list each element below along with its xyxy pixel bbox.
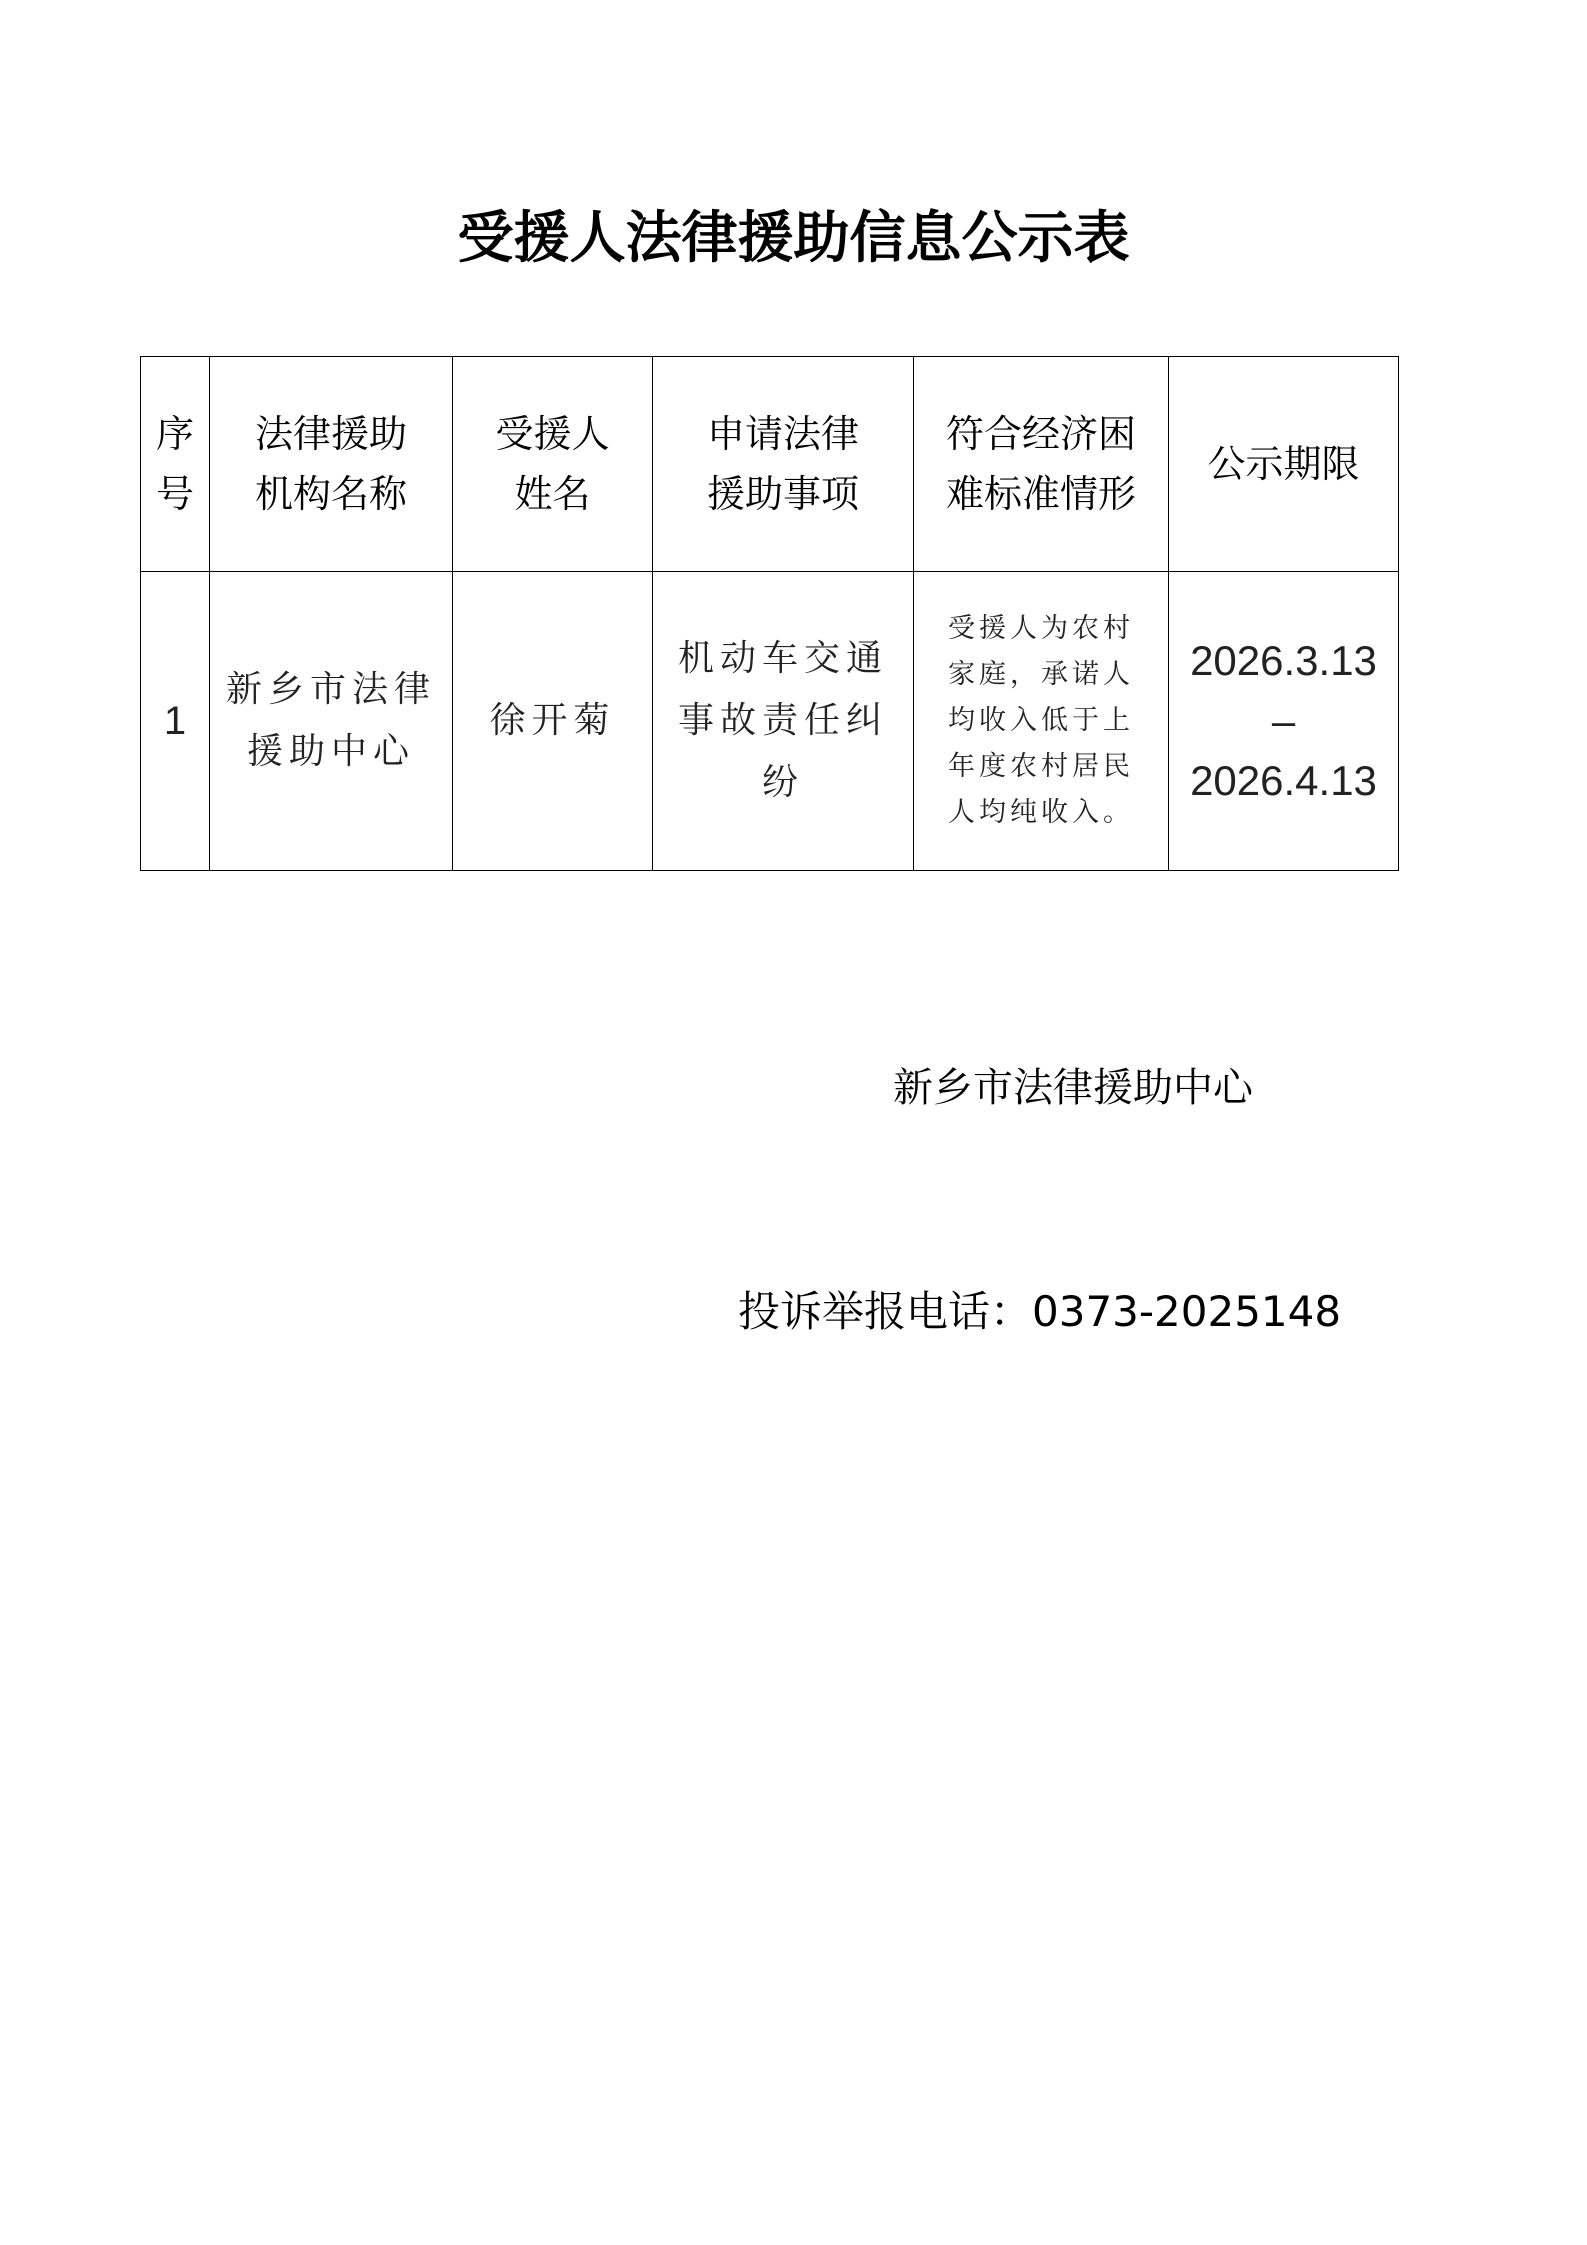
cell-hardship-text: 受援人为农村家庭，承诺人均收入低于上年度农村居民人均纯收入。 [941, 606, 1141, 836]
header-agency-line2: 机构名称 [210, 464, 452, 524]
cell-hardship: 受援人为农村家庭，承诺人均收入低于上年度农村居民人均纯收入。 [914, 572, 1169, 871]
cell-index: 1 [141, 572, 210, 871]
header-matter-line2: 援助事项 [653, 464, 913, 524]
header-row: 序 号 法律援助 机构名称 受援人 姓名 申请法律 援助事项 符合经济困 难标准… [141, 357, 1399, 572]
header-hardship-line2: 难标准情形 [914, 464, 1168, 524]
period-end: 2026.4.13 [1169, 751, 1398, 811]
header-recipient: 受援人 姓名 [453, 357, 653, 572]
period-start: 2026.3.13 [1169, 631, 1398, 691]
header-period: 公示期限 [1169, 357, 1399, 572]
issuing-organization: 新乡市法律援助中心 [893, 1058, 1253, 1118]
header-index-line2: 号 [141, 464, 209, 524]
cell-agency: 新乡市法律援助中心 [210, 572, 453, 871]
page-title: 受援人法律援助信息公示表 [0, 200, 1587, 276]
header-recipient-line2: 姓名 [453, 464, 652, 524]
header-agency: 法律援助 机构名称 [210, 357, 453, 572]
header-hardship-line1: 符合经济困 [914, 404, 1168, 464]
table-row: 1 新乡市法律援助中心 徐开菊 机动车交通事故责任纠纷 受援人为农村家庭，承诺人… [141, 572, 1399, 871]
header-recipient-line1: 受援人 [453, 404, 652, 464]
cell-matter: 机动车交通事故责任纠纷 [653, 572, 914, 871]
header-hardship: 符合经济困 难标准情形 [914, 357, 1169, 572]
legal-aid-table: 序 号 法律援助 机构名称 受援人 姓名 申请法律 援助事项 符合经济困 难标准… [140, 356, 1399, 871]
cell-recipient-name: 徐开菊 [453, 572, 653, 871]
header-index-line1: 序 [141, 404, 209, 464]
header-matter-line1: 申请法律 [653, 404, 913, 464]
cell-matter-text: 机动车交通事故责任纠纷 [676, 628, 891, 814]
cell-agency-text: 新乡市法律援助中心 [226, 659, 436, 783]
complaint-phone: 投诉举报电话：0373-2025148 [738, 1282, 1341, 1342]
cell-period: 2026.3.13 – 2026.4.13 [1169, 572, 1399, 871]
header-matter: 申请法律 援助事项 [653, 357, 914, 572]
header-agency-line1: 法律援助 [210, 404, 452, 464]
header-period-line1: 公示期限 [1169, 434, 1398, 494]
period-separator: – [1169, 691, 1398, 751]
header-index: 序 号 [141, 357, 210, 572]
